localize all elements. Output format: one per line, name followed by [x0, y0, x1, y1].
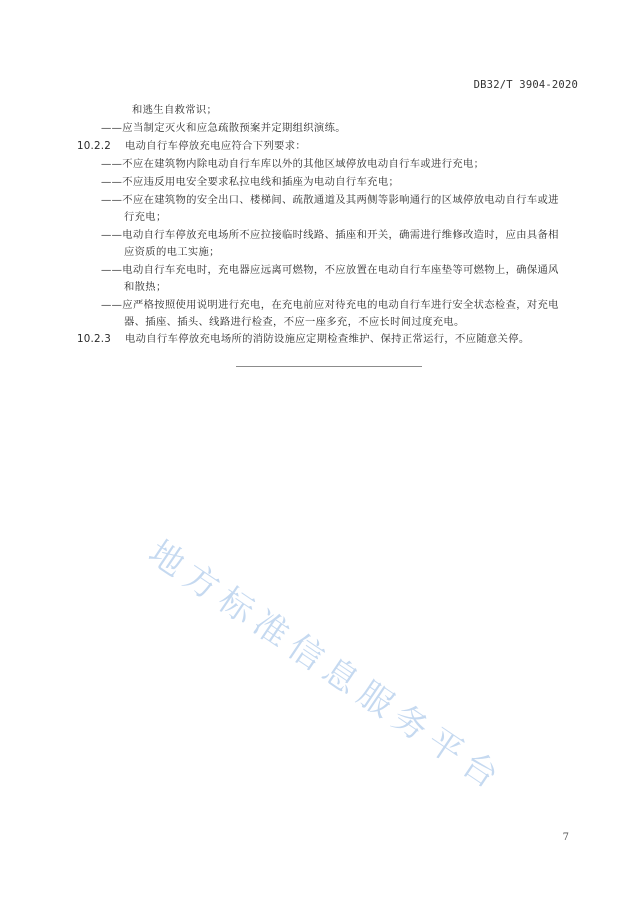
list-item: ——应当制定灭火和应急疏散预案并定期组织演练。	[101, 121, 346, 135]
text-line: 器、插座、插头、线路进行检查，不应一座多充，不应长时间过度充电。	[124, 315, 465, 329]
clause-number: 10.2.3	[77, 332, 111, 346]
standard-code: DB32/T 3904-2020	[474, 79, 578, 91]
text-line: 行充电；	[124, 210, 167, 224]
list-item: ——应严格按照使用说明进行充电，在充电前应对待充电的电动自行车进行安全状态检查，…	[101, 298, 559, 312]
list-item: ——电动自行车停放充电场所不应拉接临时线路、插座和开关，确需进行维修改造时，应由…	[101, 228, 559, 242]
list-item: ——不应在建筑物内除电动自行车库以外的其他区域停放电动自行车或进行充电；	[101, 157, 484, 171]
text-line: 和逃生自救常识；	[132, 103, 217, 117]
list-item: ——不应在建筑物的安全出口、楼梯间、疏散通道及其两侧等影响通行的区域停放电动自行…	[101, 193, 559, 207]
watermark: 地方标准信息服务平台	[141, 526, 517, 801]
list-item: ——不应违反用电安全要求私拉电线和插座为电动自行车充电；	[101, 175, 399, 189]
list-item: ——电动自行车充电时，充电器应远离可燃物，不应放置在电动自行车座垫等可燃物上，确…	[101, 263, 559, 277]
clause-heading: 电动自行车停放充电场所的消防设施应定期检查维护、保持正常运行，不应随意关停。	[125, 332, 530, 346]
end-separator-line	[236, 366, 422, 367]
text-line: 应资质的电工实施；	[124, 245, 220, 259]
clause-heading: 电动自行车停放充电应符合下列要求：	[125, 139, 306, 153]
document-page: DB32/T 3904-2020 和逃生自救常识； ——应当制定灭火和应急疏散预…	[0, 0, 636, 902]
page-number: 7	[563, 832, 569, 843]
text-line: 和散热；	[124, 280, 167, 294]
clause-number: 10.2.2	[77, 139, 111, 153]
